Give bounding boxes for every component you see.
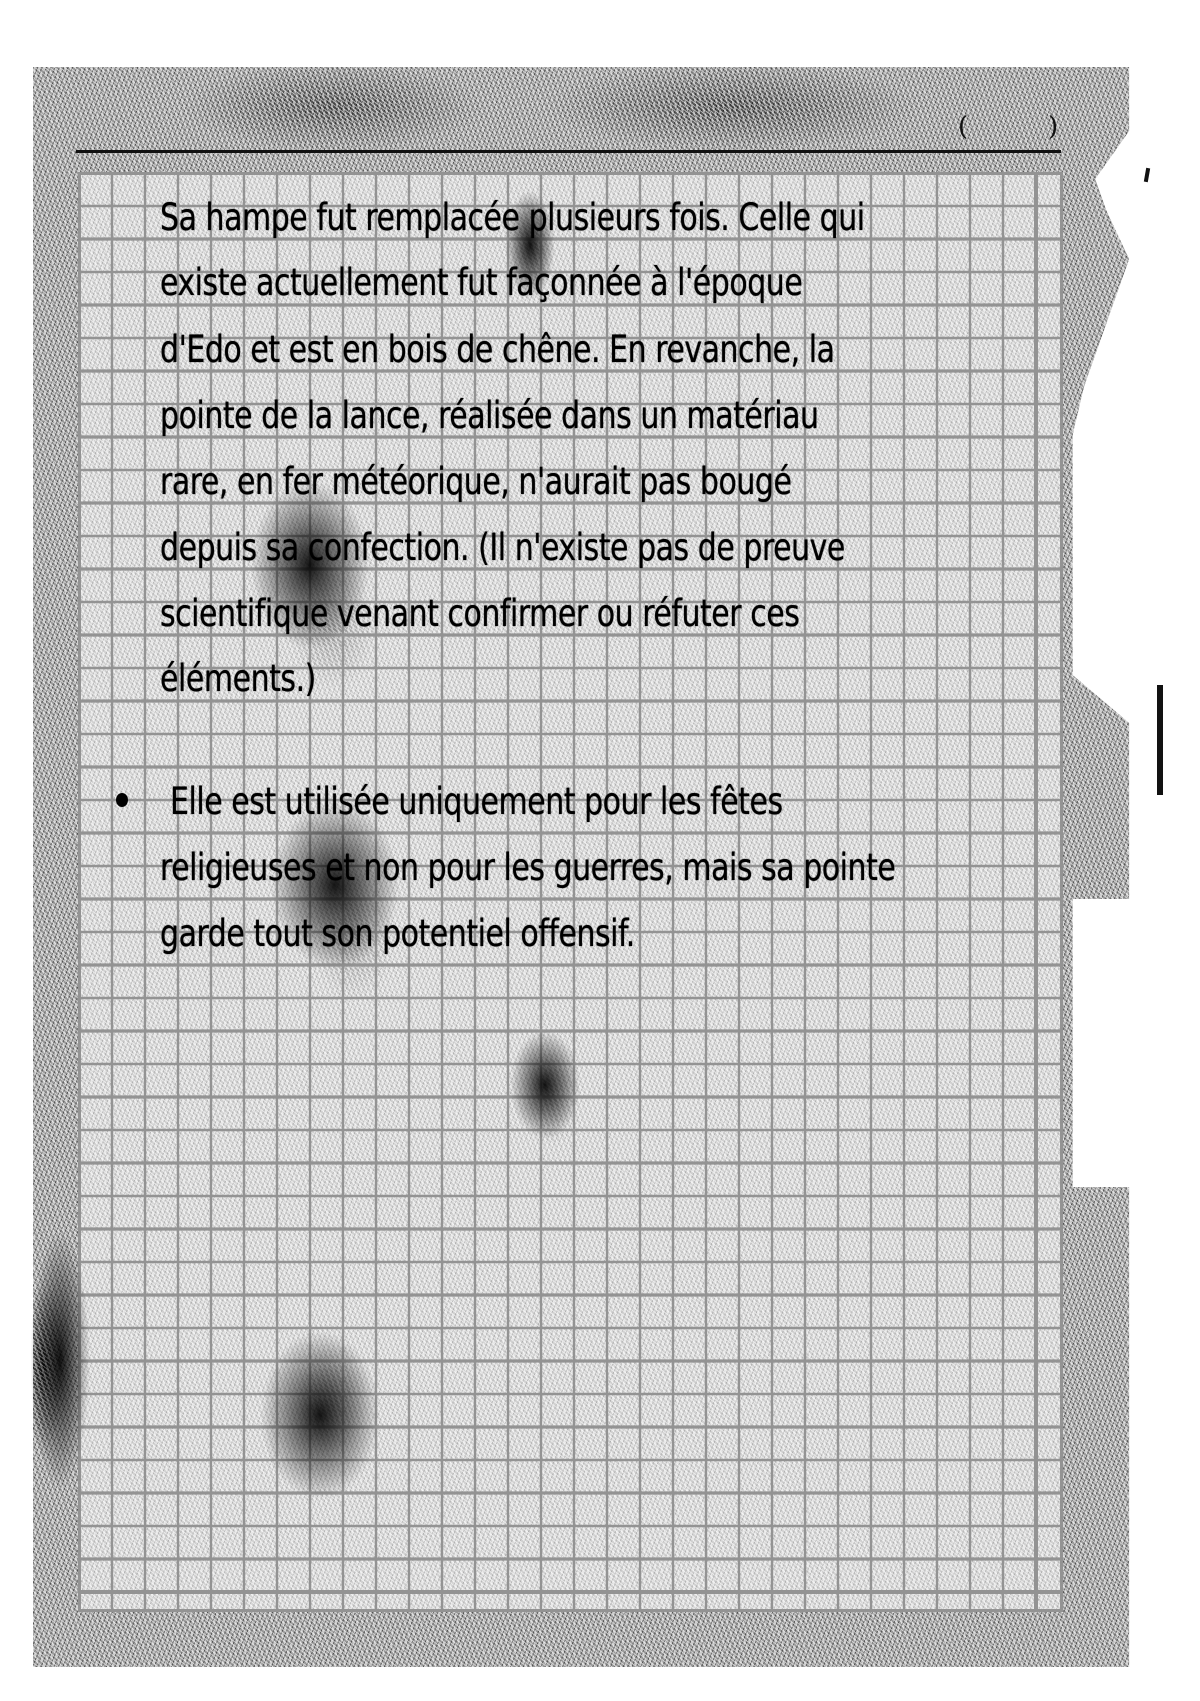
text-line: d'Edo et est en bois de chêne. En revanc… [160, 328, 835, 371]
handwritten-text: Sa hampe fut remplacée plusieurs fois. C… [0, 0, 1200, 1701]
text-line: rare, en fer météorique, n'aurait pas bo… [160, 460, 791, 503]
text-line: éléments.) [160, 657, 316, 700]
bullet-point-icon [116, 793, 128, 807]
text-line: pointe de la lance, réalisée dans un mat… [160, 394, 819, 437]
text-line: existe actuellement fut façonnée à l'épo… [160, 261, 802, 304]
text-line: Sa hampe fut remplacée plusieurs fois. C… [160, 196, 865, 239]
text-line: Elle est utilisée uniquement pour les fê… [170, 780, 783, 823]
text-line: religieuses et non pour les guerres, mai… [160, 846, 895, 889]
text-line: garde tout son potentiel offensif. [160, 912, 635, 955]
text-line: scientifique venant confirmer ou réfuter… [160, 592, 799, 635]
text-line: depuis sa confection. (Il n'existe pas d… [160, 526, 845, 569]
